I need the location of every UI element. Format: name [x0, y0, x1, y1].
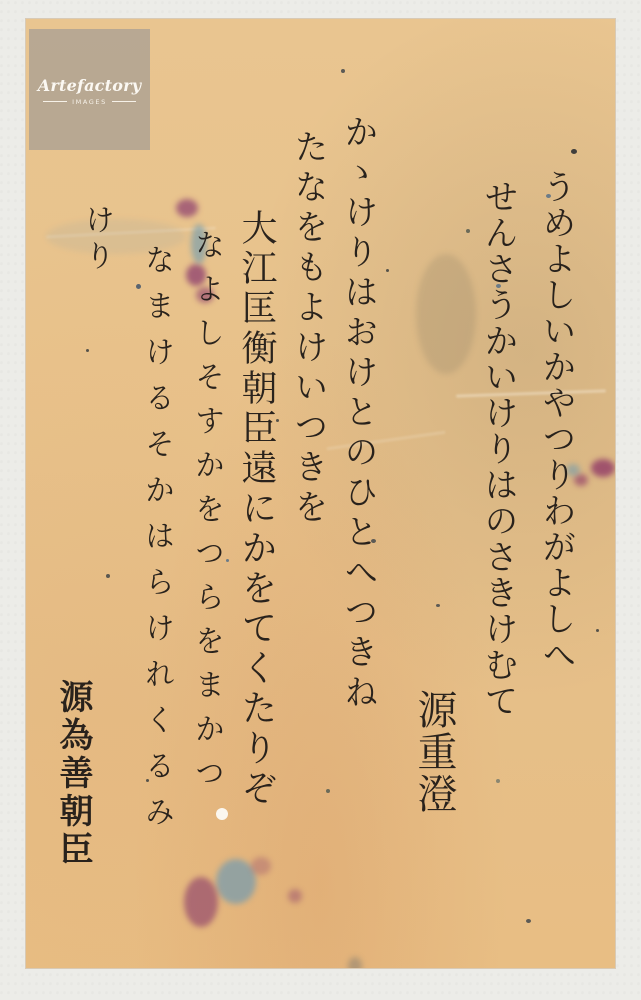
gray-stain — [416, 254, 476, 374]
paper-fleck — [386, 269, 389, 272]
purple-stain — [591, 459, 615, 477]
blue-stain — [216, 859, 256, 904]
paper-fleck — [571, 149, 577, 154]
paper-fleck — [596, 629, 599, 632]
artefactory-watermark: Artefactory IMAGES — [29, 29, 150, 150]
calligraphy-column-9: けり — [81, 204, 111, 276]
purple-stain — [176, 199, 198, 217]
gray-stain — [348, 957, 362, 968]
calligraphy-column-4: かゝけりはおけとのひとへつきね — [341, 114, 375, 714]
signature-column: 源為善朝臣 — [56, 679, 90, 869]
watermark-rule-right — [112, 101, 136, 102]
calligraphy-column-2: せんさうかいけりはのさきけむて — [481, 179, 515, 719]
purple-stain — [288, 889, 302, 903]
paper-fleck — [326, 789, 330, 793]
calligraphy-column-5: たなをもよけいつきを — [291, 129, 325, 529]
paper-fleck — [466, 229, 470, 233]
calligraphy-column-7: なよしそすかをつらをまかつ — [191, 229, 221, 801]
paper-fleck — [496, 779, 500, 783]
purple-stain — [184, 877, 218, 927]
purple-stain — [251, 857, 271, 875]
watermark-subtitle-row: IMAGES — [43, 98, 136, 106]
paper-fleck — [226, 559, 229, 562]
paper-fleck — [106, 574, 110, 578]
manuscript-paper: うめよしいかやつりわがよしへ せんさうかいけりはのさきけむて 源重澄 かゝけりは… — [26, 19, 615, 968]
paper-fleck — [526, 919, 531, 923]
watermark-subtitle: IMAGES — [72, 98, 107, 106]
paper-fleck — [436, 604, 440, 607]
calligraphy-column-3-author: 源重澄 — [414, 689, 454, 815]
calligraphy-column-8: なまけるそかはらけれくるみ — [141, 244, 171, 842]
watermark-title: Artefactory — [38, 76, 141, 95]
calligraphy-column-6: 大江匡衡朝臣遠にかをてくたりぞ — [238, 209, 274, 809]
paper-fleck — [341, 69, 345, 73]
paper-hole — [216, 808, 228, 820]
calligraphy-column-1: うめよしいかやつりわがよしへ — [539, 169, 573, 673]
paper-fleck — [86, 349, 89, 352]
purple-stain — [574, 474, 588, 486]
watermark-rule-left — [43, 101, 67, 102]
